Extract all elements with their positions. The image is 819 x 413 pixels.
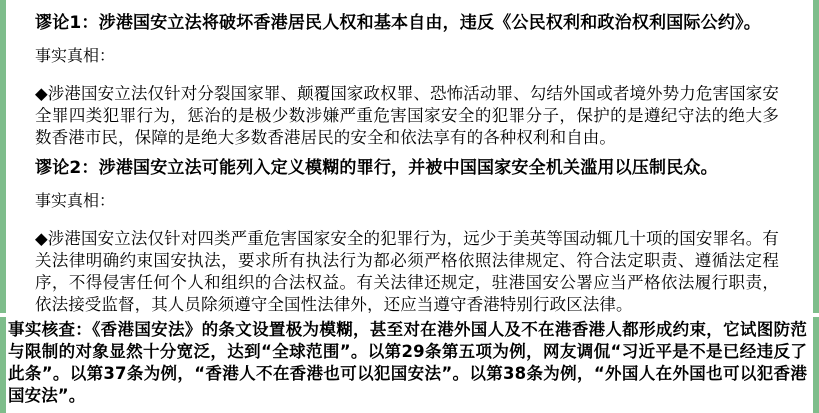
fact-check-text: 事实核查：《香港国安法》的条文设置极为模糊，甚至对在港外国人及不在港香港人都形成…: [8, 319, 807, 407]
fact-bullet-paragraph-2: ◆涉港国安立法仅针对四类严重危害国家安全的犯罪行为，远少于美英等国动辄几十项的国…: [35, 228, 779, 316]
fallacy-1-heading: 谬论1：涉港国安立法将破坏香港居民人权和基本自由，违反《公民权利和政治权利国际公…: [35, 13, 779, 33]
fact-label-1: 事实真相：: [35, 46, 779, 66]
fallacy-fact-quote-box: 谬论1：涉港国安立法将破坏香港居民人权和基本自由，违反《公民权利和政治权利国际公…: [0, 0, 819, 313]
fallacy-2-heading: 谬论2：涉港国安立法可能列入定义模糊的罪行，并被中国国家安全机关滥用以压制民众。: [35, 158, 779, 178]
fact-bullet-paragraph-1: ◆涉港国安立法仅针对分裂国家罪、颠覆国家政权罪、恐怖活动罪、勾结外国或者境外势力…: [35, 83, 779, 149]
page: 谬论1：涉港国安立法将破坏香港居民人权和基本自由，违反《公民权利和政治权利国际公…: [0, 0, 819, 413]
fact-check-section: 事实核查：《香港国安法》的条文设置极为模糊，甚至对在港外国人及不在港香港人都形成…: [0, 317, 819, 413]
fact-label-2: 事实真相：: [35, 191, 779, 211]
